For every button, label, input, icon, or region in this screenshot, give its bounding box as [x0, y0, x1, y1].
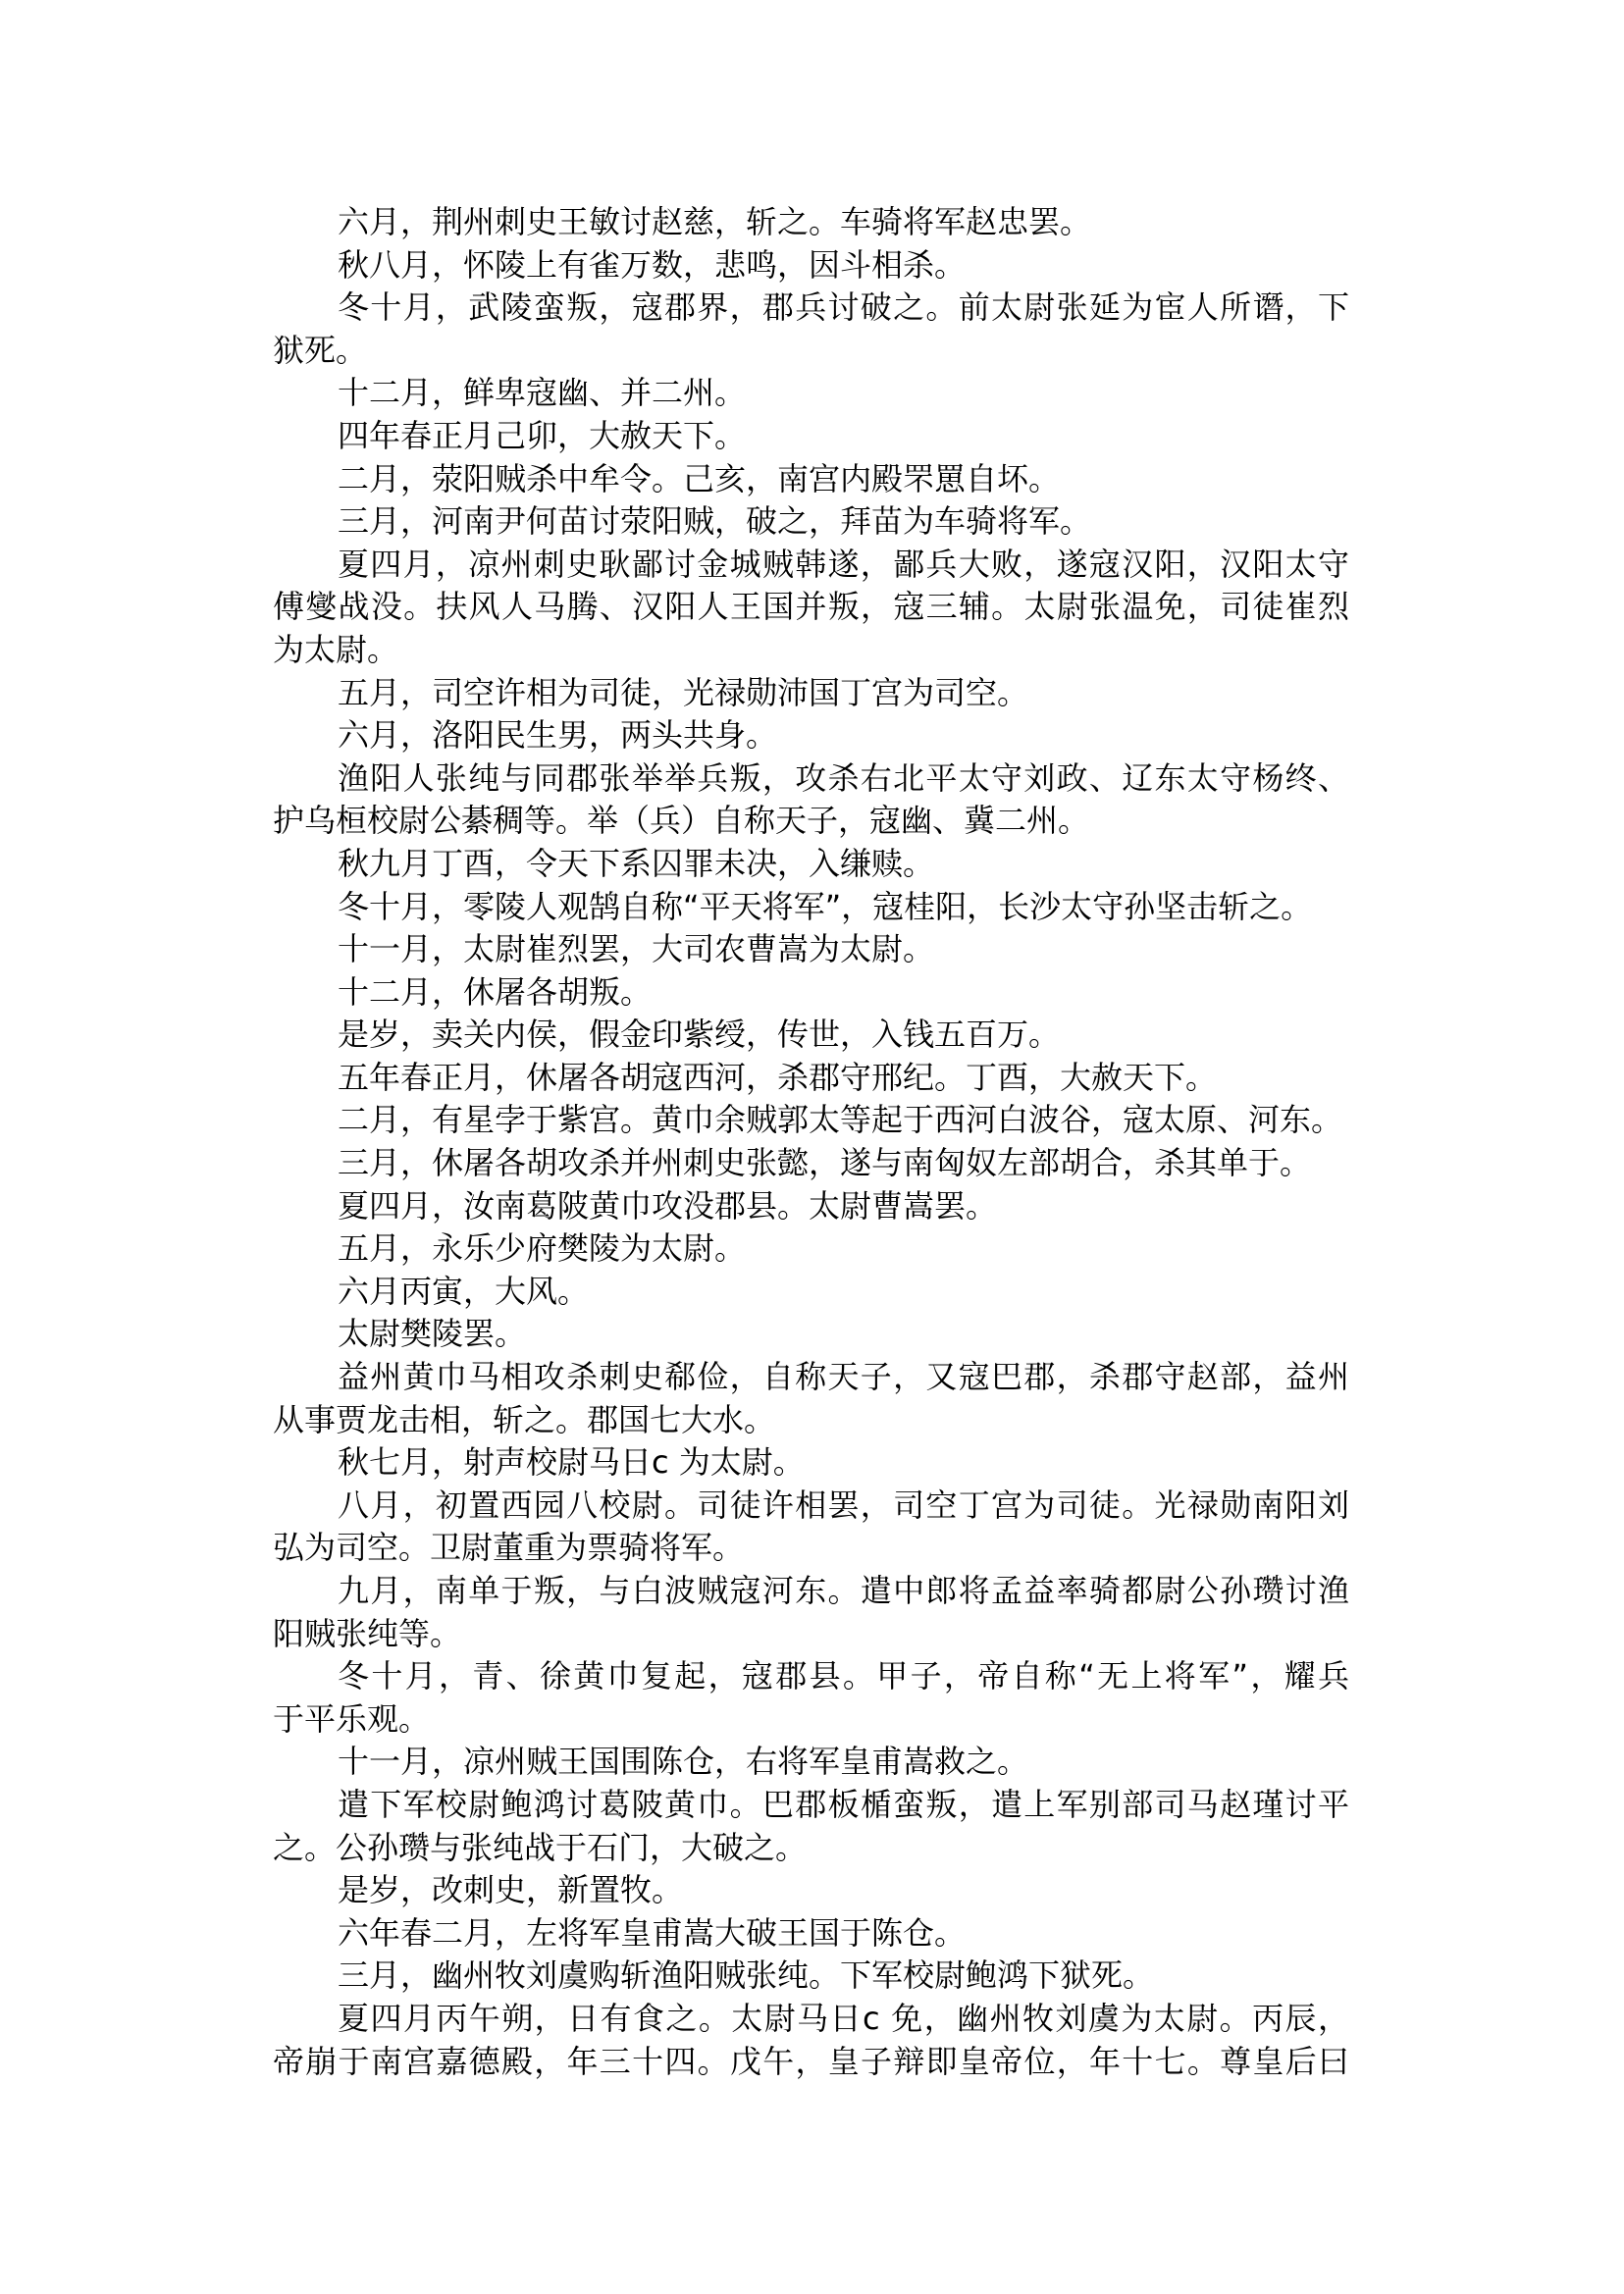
text-line: 狱死。	[273, 330, 1349, 373]
text-line: 为太尉。	[273, 629, 1349, 672]
text-line: 十二月，鲜卑寇幽、并二州。	[273, 372, 1349, 415]
text-line: 是岁，改刺史，新置牧。	[273, 1869, 1349, 1912]
paragraph: 二月，荥阳贼杀中牟令。己亥，南宫内殿罘罳自坏。	[273, 458, 1349, 501]
paragraph: 冬十月，青、徐黄巾复起，寇郡县。甲子，帝自称“无上将军”，耀兵于平乐观。	[273, 1655, 1349, 1741]
text-line: 傅燮战没。扶风人马腾、汉阳人王国并叛，寇三辅。太尉张温免，司徒崔烈	[273, 586, 1349, 629]
text-line: 六年春二月，左将军皇甫嵩大破王国于陈仓。	[273, 1912, 1349, 1955]
text-line: 太尉樊陵罢。	[273, 1313, 1349, 1356]
paragraph: 秋八月，怀陵上有雀万数，悲鸣，因斗相杀。	[273, 244, 1349, 287]
paragraph: 遣下军校尉鲍鸿讨葛陂黄巾。巴郡板楯蛮叛，遣上军别部司马赵瑾讨平之。公孙瓒与张纯战…	[273, 1784, 1349, 1869]
paragraph: 十二月，鲜卑寇幽、并二州。	[273, 372, 1349, 415]
paragraph: 六月，荆州刺史王敏讨赵慈，斩之。车骑将军赵忠罢。	[273, 201, 1349, 244]
paragraph: 秋九月丁酉，令天下系囚罪未决，入缣赎。	[273, 843, 1349, 886]
text-line: 十一月，太尉崔烈罢，大司农曹嵩为太尉。	[273, 928, 1349, 971]
text-line: 五月，永乐少府樊陵为太尉。	[273, 1227, 1349, 1271]
paragraph: 秋七月，射声校尉马日c 为太尉。	[273, 1441, 1349, 1485]
paragraph: 六月丙寅，大风。	[273, 1271, 1349, 1314]
text-line: 三月，河南尹何苗讨荥阳贼，破之，拜苗为车骑将军。	[273, 500, 1349, 544]
text-line: 秋九月丁酉，令天下系囚罪未决，入缣赎。	[273, 843, 1349, 886]
paragraph: 十一月，太尉崔烈罢，大司农曹嵩为太尉。	[273, 928, 1349, 971]
text-line: 冬十月，武陵蛮叛，寇郡界，郡兵讨破之。前太尉张延为宦人所谮，下	[273, 287, 1349, 330]
text-line: 三月，休屠各胡攻杀并州刺史张懿，遂与南匈奴左部胡合，杀其单于。	[273, 1142, 1349, 1185]
paragraph: 是岁，卖关内侯，假金印紫绶，传世，入钱五百万。	[273, 1014, 1349, 1057]
text-line: 二月，荥阳贼杀中牟令。己亥，南宫内殿罘罳自坏。	[273, 458, 1349, 501]
text-line: 渔阳人张纯与同郡张举举兵叛，攻杀右北平太守刘政、辽东太守杨终、	[273, 757, 1349, 801]
text-line: 五月，司空许相为司徒，光禄勋沛国丁宫为司空。	[273, 672, 1349, 715]
text-line: 冬十月，零陵人观鹄自称“平天将军”，寇桂阳，长沙太守孙坚击斩之。	[273, 886, 1349, 929]
text-line: 护乌桓校尉公綦稠等。举（兵）自称天子，寇幽、冀二州。	[273, 800, 1349, 843]
text-line: 三月，幽州牧刘虞购斩渔阳贼张纯。下军校尉鲍鸿下狱死。	[273, 1955, 1349, 1998]
document-page: 六月，荆州刺史王敏讨赵慈，斩之。车骑将军赵忠罢。秋八月，怀陵上有雀万数，悲鸣，因…	[273, 201, 1349, 2083]
text-line: 之。公孙瓒与张纯战于石门，大破之。	[273, 1827, 1349, 1870]
paragraph: 五年春正月，休屠各胡寇西河，杀郡守邢纪。丁酉，大赦天下。	[273, 1057, 1349, 1100]
text-line: 益州黄巾马相攻杀刺史郗俭，自称天子，又寇巴郡，杀郡守赵部，益州	[273, 1356, 1349, 1399]
text-line: 六月丙寅，大风。	[273, 1271, 1349, 1314]
paragraph: 冬十月，零陵人观鹄自称“平天将军”，寇桂阳，长沙太守孙坚击斩之。	[273, 886, 1349, 929]
paragraph: 是岁，改刺史，新置牧。	[273, 1869, 1349, 1912]
paragraph: 三月，河南尹何苗讨荥阳贼，破之，拜苗为车骑将军。	[273, 500, 1349, 544]
paragraph: 五月，司空许相为司徒，光禄勋沛国丁宫为司空。	[273, 672, 1349, 715]
text-line: 九月，南单于叛，与白波贼寇河东。遣中郎将孟益率骑都尉公孙瓒讨渔	[273, 1570, 1349, 1613]
paragraph: 三月，幽州牧刘虞购斩渔阳贼张纯。下军校尉鲍鸿下狱死。	[273, 1955, 1349, 1998]
text-line: 阳贼张纯等。	[273, 1613, 1349, 1656]
text-line: 五年春正月，休屠各胡寇西河，杀郡守邢纪。丁酉，大赦天下。	[273, 1057, 1349, 1100]
paragraph: 夏四月，汝南葛陂黄巾攻没郡县。太尉曹嵩罢。	[273, 1185, 1349, 1228]
paragraph: 益州黄巾马相攻杀刺史郗俭，自称天子，又寇巴郡，杀郡守赵部，益州从事贾龙击相，斩之…	[273, 1356, 1349, 1441]
paragraph: 二月，有星孛于紫宫。黄巾余贼郭太等起于西河白波谷，寇太原、河东。	[273, 1099, 1349, 1142]
text-line: 遣下军校尉鲍鸿讨葛陂黄巾。巴郡板楯蛮叛，遣上军别部司马赵瑾讨平	[273, 1784, 1349, 1827]
paragraph: 冬十月，武陵蛮叛，寇郡界，郡兵讨破之。前太尉张延为宦人所谮，下狱死。	[273, 287, 1349, 372]
paragraph: 四年春正月己卯，大赦天下。	[273, 415, 1349, 458]
paragraph: 六年春二月，左将军皇甫嵩大破王国于陈仓。	[273, 1912, 1349, 1955]
text-line: 于平乐观。	[273, 1698, 1349, 1742]
paragraph: 六月，洛阳民生男，两头共身。	[273, 714, 1349, 757]
paragraph: 九月，南单于叛，与白波贼寇河东。遣中郎将孟益率骑都尉公孙瓒讨渔阳贼张纯等。	[273, 1570, 1349, 1655]
text-line: 十一月，凉州贼王国围陈仓，右将军皇甫嵩救之。	[273, 1741, 1349, 1784]
paragraph: 渔阳人张纯与同郡张举举兵叛，攻杀右北平太守刘政、辽东太守杨终、护乌桓校尉公綦稠等…	[273, 757, 1349, 843]
text-line: 夏四月，凉州刺史耿鄙讨金城贼韩遂，鄙兵大败，遂寇汉阳，汉阳太守	[273, 544, 1349, 587]
paragraph: 十二月，休屠各胡叛。	[273, 971, 1349, 1015]
paragraph: 三月，休屠各胡攻杀并州刺史张懿，遂与南匈奴左部胡合，杀其单于。	[273, 1142, 1349, 1185]
text-line: 夏四月丙午朔，日有食之。太尉马日c 免，幽州牧刘虞为太尉。丙辰，	[273, 1998, 1349, 2041]
text-line: 二月，有星孛于紫宫。黄巾余贼郭太等起于西河白波谷，寇太原、河东。	[273, 1099, 1349, 1142]
text-line: 帝崩于南宫嘉德殿，年三十四。戊午，皇子辩即皇帝位，年十七。尊皇后曰	[273, 2041, 1349, 2084]
text-line: 十二月，休屠各胡叛。	[273, 971, 1349, 1015]
text-line: 是岁，卖关内侯，假金印紫绶，传世，入钱五百万。	[273, 1014, 1349, 1057]
paragraph: 五月，永乐少府樊陵为太尉。	[273, 1227, 1349, 1271]
text-line: 冬十月，青、徐黄巾复起，寇郡县。甲子，帝自称“无上将军”，耀兵	[273, 1655, 1349, 1698]
text-line: 秋八月，怀陵上有雀万数，悲鸣，因斗相杀。	[273, 244, 1349, 287]
text-line: 弘为司空。卫尉董重为票骑将军。	[273, 1527, 1349, 1570]
text-line: 从事贾龙击相，斩之。郡国七大水。	[273, 1399, 1349, 1442]
text-line: 六月，洛阳民生男，两头共身。	[273, 714, 1349, 757]
paragraph: 十一月，凉州贼王国围陈仓，右将军皇甫嵩救之。	[273, 1741, 1349, 1784]
paragraph: 夏四月，凉州刺史耿鄙讨金城贼韩遂，鄙兵大败，遂寇汉阳，汉阳太守傅燮战没。扶风人马…	[273, 544, 1349, 672]
text-line: 夏四月，汝南葛陂黄巾攻没郡县。太尉曹嵩罢。	[273, 1185, 1349, 1228]
text-line: 八月，初置西园八校尉。司徒许相罢，司空丁宫为司徒。光禄勋南阳刘	[273, 1485, 1349, 1528]
paragraph: 太尉樊陵罢。	[273, 1313, 1349, 1356]
text-line: 四年春正月己卯，大赦天下。	[273, 415, 1349, 458]
text-line: 秋七月，射声校尉马日c 为太尉。	[273, 1441, 1349, 1485]
text-line: 六月，荆州刺史王敏讨赵慈，斩之。车骑将军赵忠罢。	[273, 201, 1349, 244]
paragraph: 夏四月丙午朔，日有食之。太尉马日c 免，幽州牧刘虞为太尉。丙辰，帝崩于南宫嘉德殿…	[273, 1998, 1349, 2083]
paragraph: 八月，初置西园八校尉。司徒许相罢，司空丁宫为司徒。光禄勋南阳刘弘为司空。卫尉董重…	[273, 1485, 1349, 1570]
